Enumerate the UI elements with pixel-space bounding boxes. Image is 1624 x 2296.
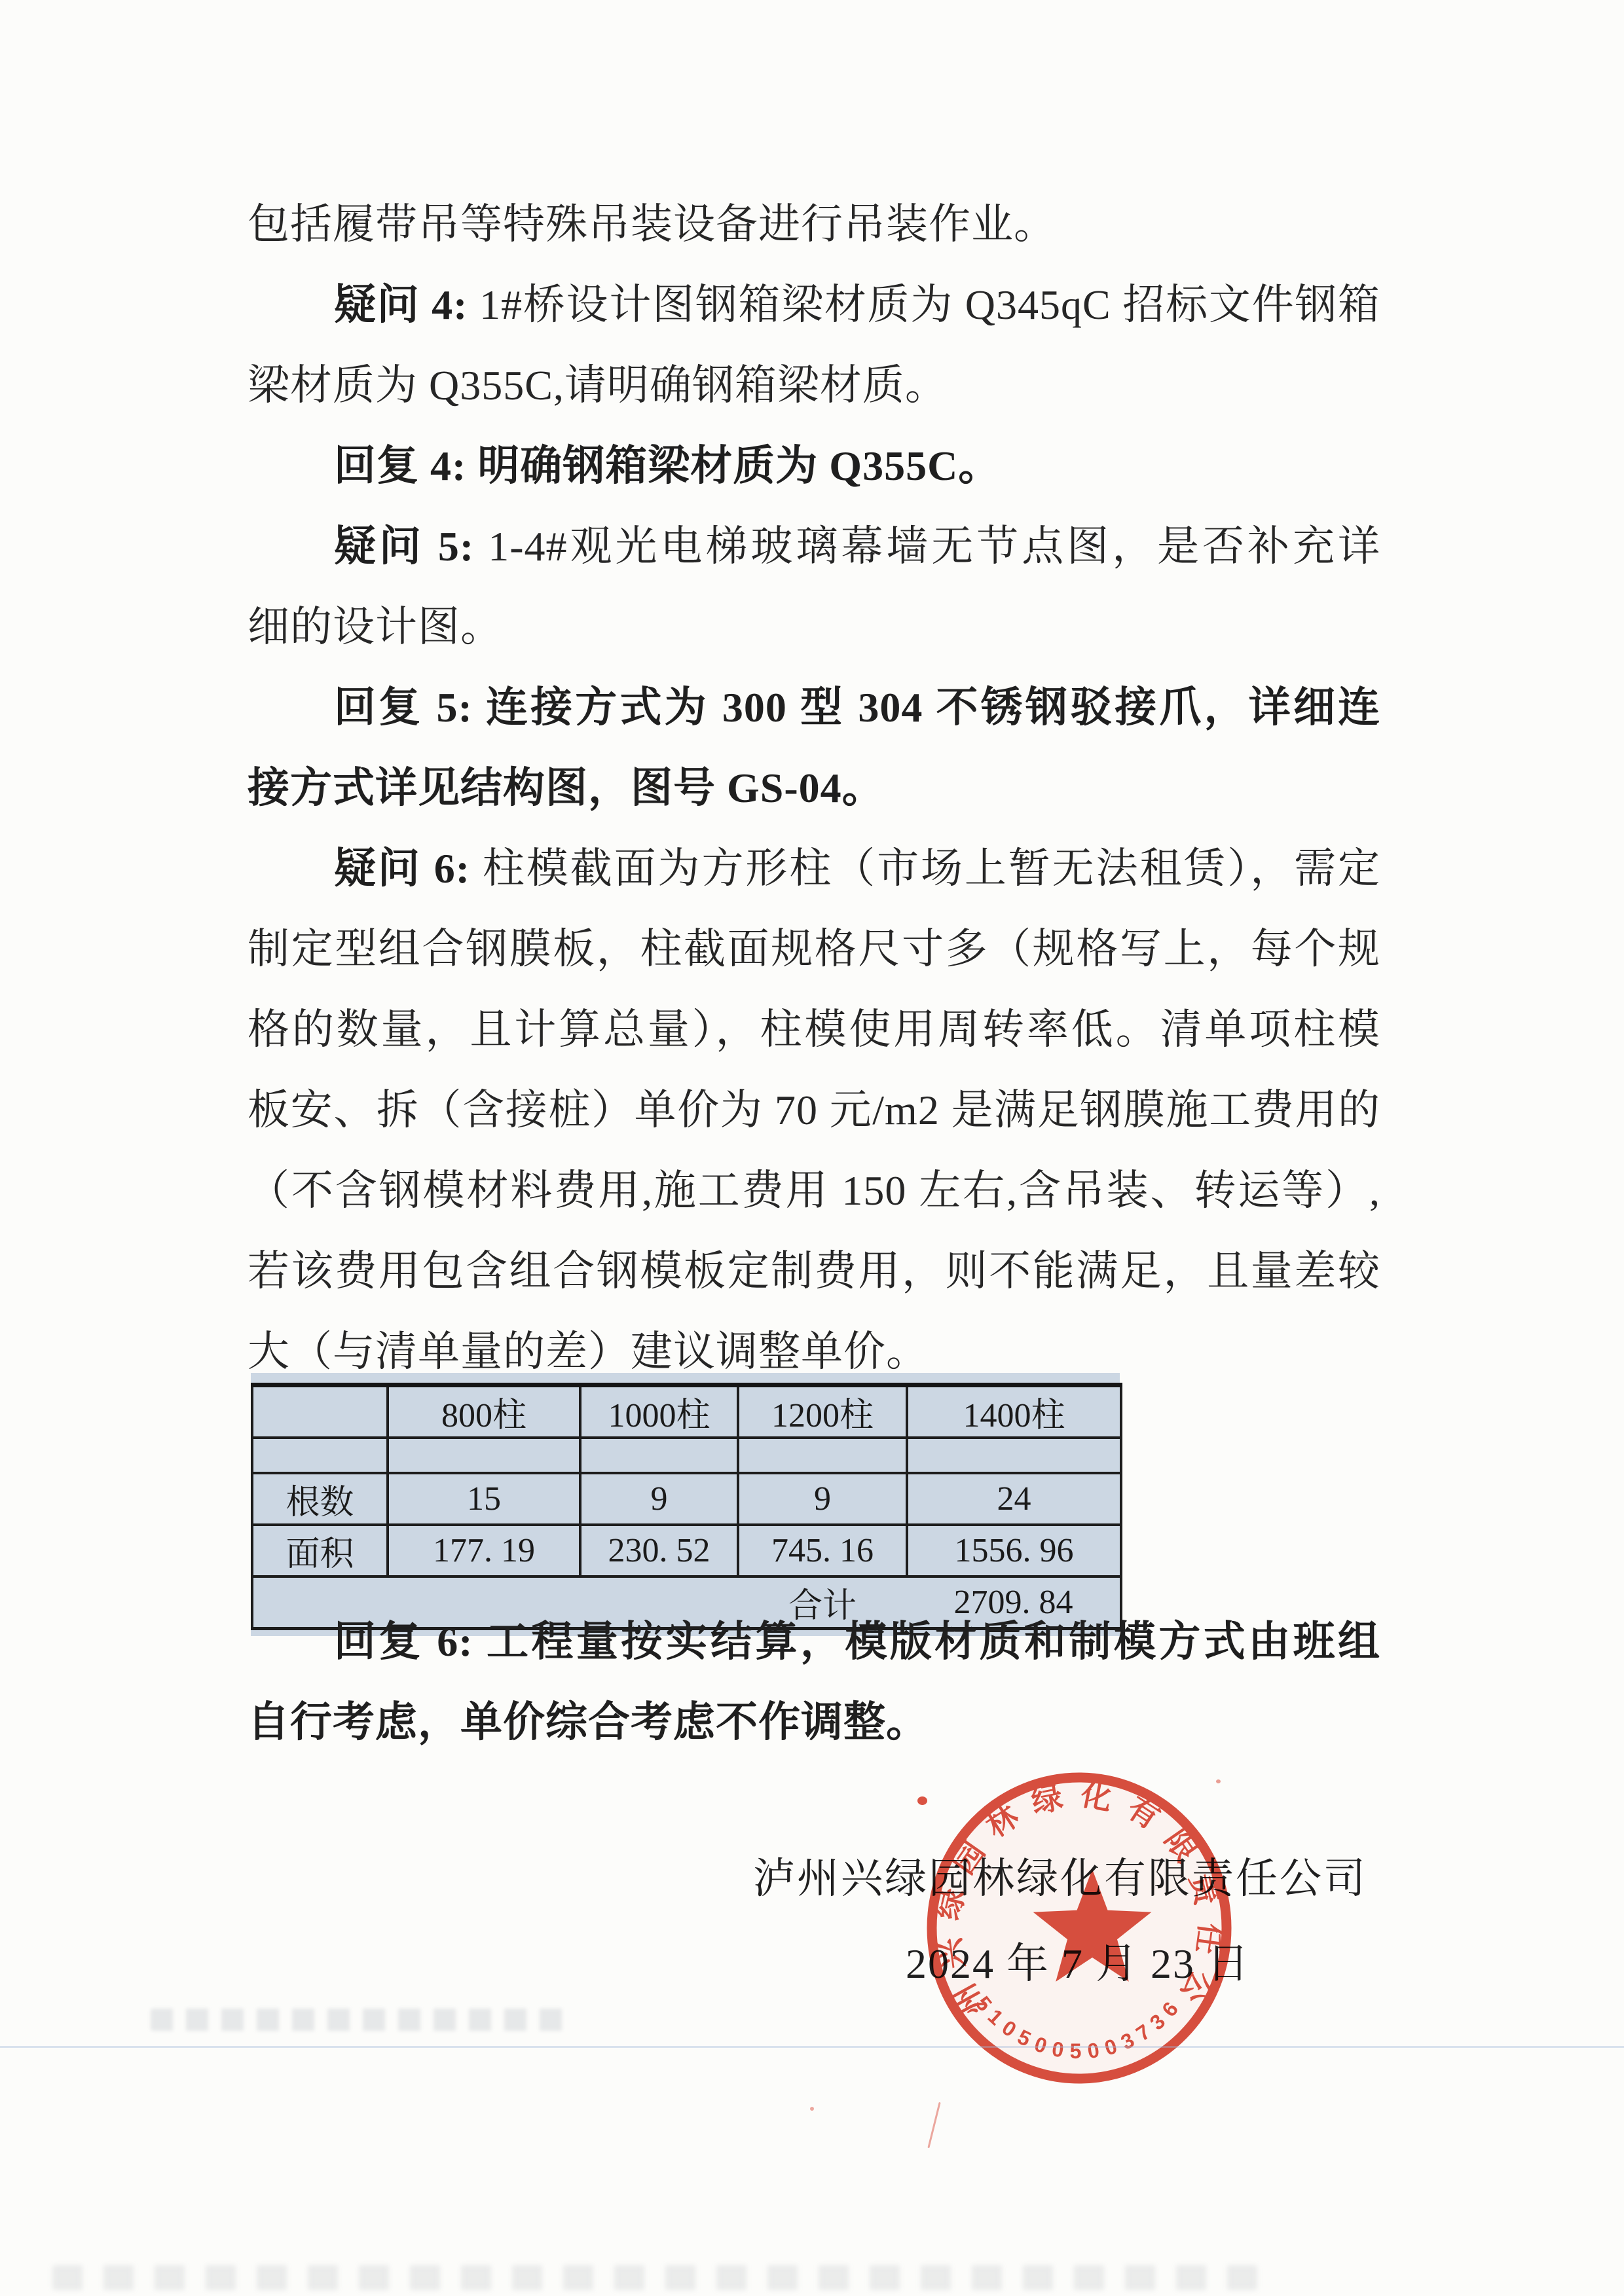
paragraph-line: 疑问 5: 1-4#观光电梯玻璃幕墙无节点图，是否补充详: [248, 522, 1380, 572]
table-cell: 1556. 96: [907, 1525, 1121, 1576]
line-text: 工程量按实结算，模版材质和制模方式由班组: [473, 1618, 1380, 1665]
line-text: 板安、拆（含接桩）单价为 70 元/m2 是满足钢膜施工费用的: [248, 1087, 1380, 1133]
line-text: 大（与清单量的差）建议调整单价。: [248, 1328, 929, 1375]
table-cell: 177. 19: [388, 1525, 580, 1576]
ink-speck: [1216, 1779, 1221, 1783]
table-cell: 745. 16: [738, 1525, 907, 1576]
paragraph-line: 细的设计图。: [248, 602, 1380, 652]
question-label: 疑问 5:: [334, 523, 474, 570]
table-cell: 9: [738, 1473, 907, 1525]
paragraph-line: 疑问 6: 柱模截面为方形柱（市场上暂无法租赁），需定: [248, 844, 1380, 894]
table-row: 面积 177. 19 230. 52 745. 16 1556. 96: [252, 1525, 1121, 1576]
line-text: （不含钢模材料费用,施工费用 150 左右,含吊装、转运等）,: [248, 1167, 1380, 1214]
line-text: 包括履带吊等特殊吊装设备进行吊装作业。: [248, 201, 1056, 247]
table-cell: 24: [907, 1473, 1121, 1525]
scanned-document-page: 包括履带吊等特殊吊装设备进行吊装作业。 疑问 4: 1#桥设计图钢箱梁材质为 Q…: [0, 0, 1624, 2296]
paragraph-line: （不含钢模材料费用,施工费用 150 左右,含吊装、转运等）,: [248, 1166, 1380, 1216]
ink-speck: [810, 2107, 814, 2111]
table-cell: [580, 1438, 738, 1473]
paragraph-line: 疑问 4: 1#桥设计图钢箱梁材质为 Q345qC 招标文件钢箱: [248, 280, 1380, 330]
table-header-cell: [252, 1385, 388, 1438]
paragraph-line: 回复 6: 工程量按实结算，模版材质和制模方式由班组: [248, 1617, 1380, 1667]
table-header-cell: 1200柱: [738, 1385, 907, 1438]
paragraph-line: 若该费用包含组合钢模板定制费用，则不能满足，且量差较: [248, 1247, 1380, 1296]
line-text: 柱模截面为方形柱（市场上暂无法租赁），需定: [470, 845, 1380, 892]
table-header-cell: 1000柱: [580, 1385, 738, 1438]
paragraph-line: 大（与清单量的差）建议调整单价。: [248, 1327, 1380, 1377]
question-label: 疑问 4:: [334, 282, 468, 328]
line-text: 格的数量，且计算总量），柱模使用周转率低。清单项柱模: [248, 1006, 1380, 1053]
bleed-through-text: [151, 2009, 570, 2031]
column-formwork-table: 800柱 1000柱 1200柱 1400柱 根数 15 9 9 24 面积: [251, 1373, 1120, 1636]
paragraph-line: 格的数量，且计算总量），柱模使用周转率低。清单项柱模: [248, 1005, 1380, 1055]
table-header-row: 800柱 1000柱 1200柱 1400柱: [252, 1385, 1121, 1438]
line-text: 制定型组合钢膜板，柱截面规格尺寸多（规格写上，每个规: [248, 926, 1380, 972]
reply-label: 回复 6:: [334, 1618, 473, 1665]
line-text: 1#桥设计图钢箱梁材质为 Q345qC 招标文件钢箱: [468, 282, 1380, 328]
table-header-cell: 800柱: [388, 1385, 580, 1438]
table-cell: [738, 1438, 907, 1473]
ink-speck: [917, 1796, 927, 1805]
table-cell: 230. 52: [580, 1525, 738, 1576]
table-empty-row: [252, 1438, 1121, 1473]
line-text: 连接方式为 300 型 304 不锈钢驳接爪，详细连: [473, 684, 1380, 731]
line-text: 若该费用包含组合钢模板定制费用，则不能满足，且量差较: [248, 1248, 1380, 1294]
line-text: 自行考虑，单价综合考虑不作调整。: [248, 1699, 929, 1745]
paragraph-line: 回复 4: 明确钢箱梁材质为 Q355C。: [248, 441, 1380, 491]
paragraph-line: 回复 5: 连接方式为 300 型 304 不锈钢驳接爪，详细连: [248, 683, 1380, 733]
paragraph-line: 制定型组合钢膜板，柱截面规格尺寸多（规格写上，每个规: [248, 924, 1380, 974]
line-text: 梁材质为 Q355C,请明确钢箱梁材质。: [248, 362, 948, 409]
question-label: 疑问 6:: [334, 845, 470, 892]
paragraph-line: 接方式详见结构图，图号 GS-04。: [248, 763, 1380, 813]
paragraph-line: 板安、拆（含接桩）单价为 70 元/m2 是满足钢膜施工费用的: [248, 1085, 1380, 1135]
table-cell: [907, 1438, 1121, 1473]
table-cell: 15: [388, 1473, 580, 1525]
company-seal: 泸州兴绿园林绿化有限责任公司 5105005003736: [891, 1735, 1270, 2128]
table-row: 根数 15 9 9 24: [252, 1473, 1121, 1525]
table-cell: 9: [580, 1473, 738, 1525]
line-text: 1-4#观光电梯玻璃幕墙无节点图，是否补充详: [474, 523, 1380, 570]
data-table: 800柱 1000柱 1200柱 1400柱 根数 15 9 9 24 面积: [251, 1383, 1122, 1630]
line-text: 细的设计图。: [248, 604, 503, 650]
table-cell: [388, 1438, 580, 1473]
scan-artifact-line: [0, 2046, 1624, 2048]
table-cell: [252, 1438, 388, 1473]
line-text: 明确钢箱梁材质为 Q355C。: [466, 443, 1001, 489]
table-header-cell: 1400柱: [907, 1385, 1121, 1438]
bleed-through-text: [52, 2265, 1257, 2290]
row-label: 面积: [252, 1525, 388, 1576]
reply-label: 回复 5:: [334, 684, 473, 731]
reply-label: 回复 4:: [334, 443, 466, 489]
row-label: 根数: [252, 1473, 388, 1525]
paragraph-line: 包括履带吊等特殊吊装设备进行吊装作业。: [248, 200, 1380, 249]
paragraph-line: 梁材质为 Q355C,请明确钢箱梁材质。: [248, 361, 1380, 410]
line-text: 接方式详见结构图，图号 GS-04。: [248, 765, 885, 811]
